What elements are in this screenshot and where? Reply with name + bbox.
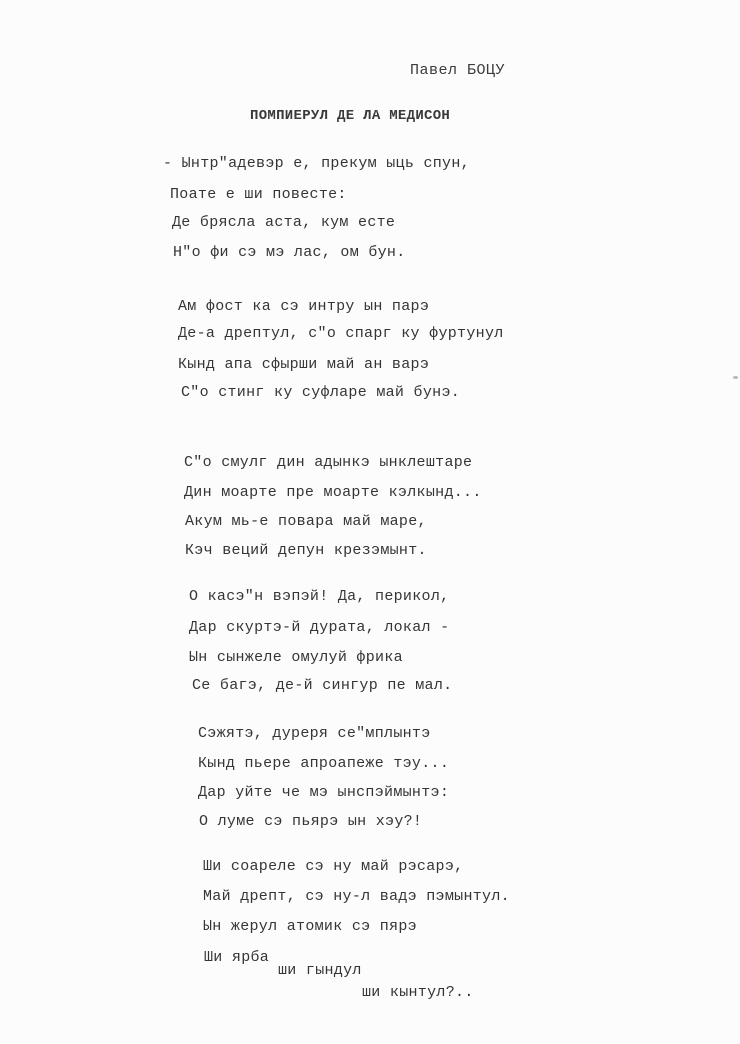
poem-line: С"о стинг ку суфларе май бунэ. xyxy=(181,384,460,401)
poem-line: Дар уйте че мэ ынспэймынтэ: xyxy=(198,784,449,801)
paper-speck xyxy=(733,376,738,379)
poem-line: Де брясла аста, кум есте xyxy=(172,214,395,231)
poem-line: - Ынтр"адевэр е, прекум ыць спун, xyxy=(163,155,470,172)
poem-line: Се багэ, де-й сингур пе мал. xyxy=(192,677,452,694)
poem-line: Дар скуртэ-й дурата, локал - xyxy=(189,619,449,636)
poem-line: Май дрепт, сэ ну-л вадэ пэмынтул. xyxy=(203,888,510,905)
poem-line: Кэч веций депун крезэмынт. xyxy=(185,542,427,559)
poem-title: ПОМПИЕРУЛ ДЕ ЛА МЕДИСОН xyxy=(250,108,450,124)
poem-line: Кынд пьере апроапеже тэу... xyxy=(198,755,449,772)
poem-line: Кынд апа сфырши май ан варэ xyxy=(178,356,429,373)
poem-line: ши гындул xyxy=(278,962,362,979)
poem-line: Дин моарте пре моарте кэлкынд... xyxy=(184,484,482,501)
poem-line: Де-а дрептул, с"о спарг ку фуртунул xyxy=(178,325,504,342)
poem-line: Сэжятэ, дуреря се"мплынтэ xyxy=(198,725,431,742)
poem-line: С"о смулг дин адынкэ ынклештаре xyxy=(184,454,472,471)
poem-line: Акум мь-е повара май маре, xyxy=(185,513,427,530)
poem-line: Ши ярба xyxy=(204,949,269,966)
poem-line: Поате е ши повесте: xyxy=(170,186,347,203)
poem-line: Ам фост ка сэ интру ын парэ xyxy=(178,298,429,315)
poem-line: О касэ"н вэпэй! Да, перикол, xyxy=(189,588,449,605)
poem-line: ши кынтул?.. xyxy=(362,984,474,1001)
author-name: Павел БОЦУ xyxy=(410,62,505,79)
poem-line: Ын жерул атомик сэ пярэ xyxy=(203,918,417,935)
typewritten-page: Павел БОЦУ ПОМПИЕРУЛ ДЕ ЛА МЕДИСОН - Ынт… xyxy=(0,0,740,1044)
poem-line: О луме сэ пьярэ ын хэу?! xyxy=(199,813,422,830)
poem-line: Н"о фи сэ мэ лас, ом бун. xyxy=(173,244,406,261)
poem-line: Ши соареле сэ ну май рэсарэ, xyxy=(203,858,463,875)
poem-line: Ын сынжеле омулуй фрика xyxy=(189,649,403,666)
